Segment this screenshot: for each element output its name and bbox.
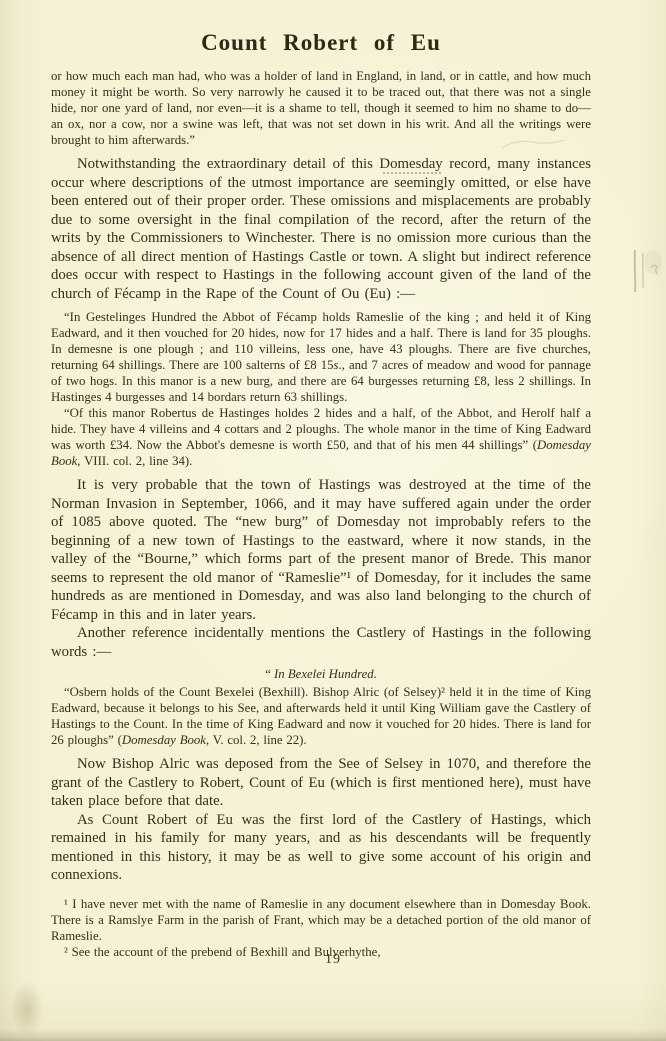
text-run: , V. col. 2, line 22).	[206, 733, 307, 747]
text-run: Another reference incidentally mentions …	[51, 625, 591, 660]
italic-text: Domesday Book	[122, 733, 206, 747]
text-run: “	[265, 667, 274, 681]
margin-pencil-marks	[626, 238, 666, 318]
body-paragraph: Notwithstanding the extraordinary detail…	[51, 155, 591, 303]
extract-heading-paragraph: “ In Bexelei Hundred.	[51, 666, 591, 682]
italic-text: In Bexelei Hundred.	[274, 667, 377, 681]
extract-paragraph: “Osbern holds of the Count Bexelei (Bexh…	[51, 684, 591, 748]
body-paragraph: As Count Robert of Eu was the first lord…	[51, 811, 591, 885]
page-text: Count Robert of Euor how much each man h…	[51, 30, 591, 960]
footnote-paragraph: ¹ I have never met with the name of Rame…	[51, 896, 591, 944]
body-paragraph: Another reference incidentally mentions …	[51, 624, 591, 661]
text-run: Notwithstanding the extraordinary detail…	[51, 156, 591, 302]
body-paragraph: It is very probable that the town of Has…	[51, 476, 591, 624]
page-title: Count Robert of Eu	[51, 30, 591, 56]
pencil-check-mark	[498, 134, 568, 156]
extract-paragraph: “In Gestelinges Hundred the Abbot of Féc…	[51, 309, 591, 405]
text-run: Count Robert of Eu	[201, 30, 441, 55]
text-run: As Count Robert of Eu was the first lord…	[51, 812, 591, 884]
text-run: It is very probable that the town of Has…	[51, 477, 591, 623]
pencil-underline-mark	[383, 169, 441, 174]
text-run: ¹ I have never met with the name of Rame…	[51, 897, 591, 943]
text-run: “Of this manor Robertus de Hastinges hol…	[51, 406, 591, 452]
extract-paragraph: “Of this manor Robertus de Hastinges hol…	[51, 405, 591, 469]
text-run: , VIII. col. 2, line 34).	[77, 454, 192, 468]
text-run: Now Bishop Alric was deposed from the Se…	[51, 756, 591, 809]
body-paragraph: Now Bishop Alric was deposed from the Se…	[51, 755, 591, 811]
page-number: 19	[0, 952, 666, 968]
page-bottom-edge	[0, 1029, 666, 1041]
book-page: Count Robert of Euor how much each man h…	[0, 0, 666, 1041]
